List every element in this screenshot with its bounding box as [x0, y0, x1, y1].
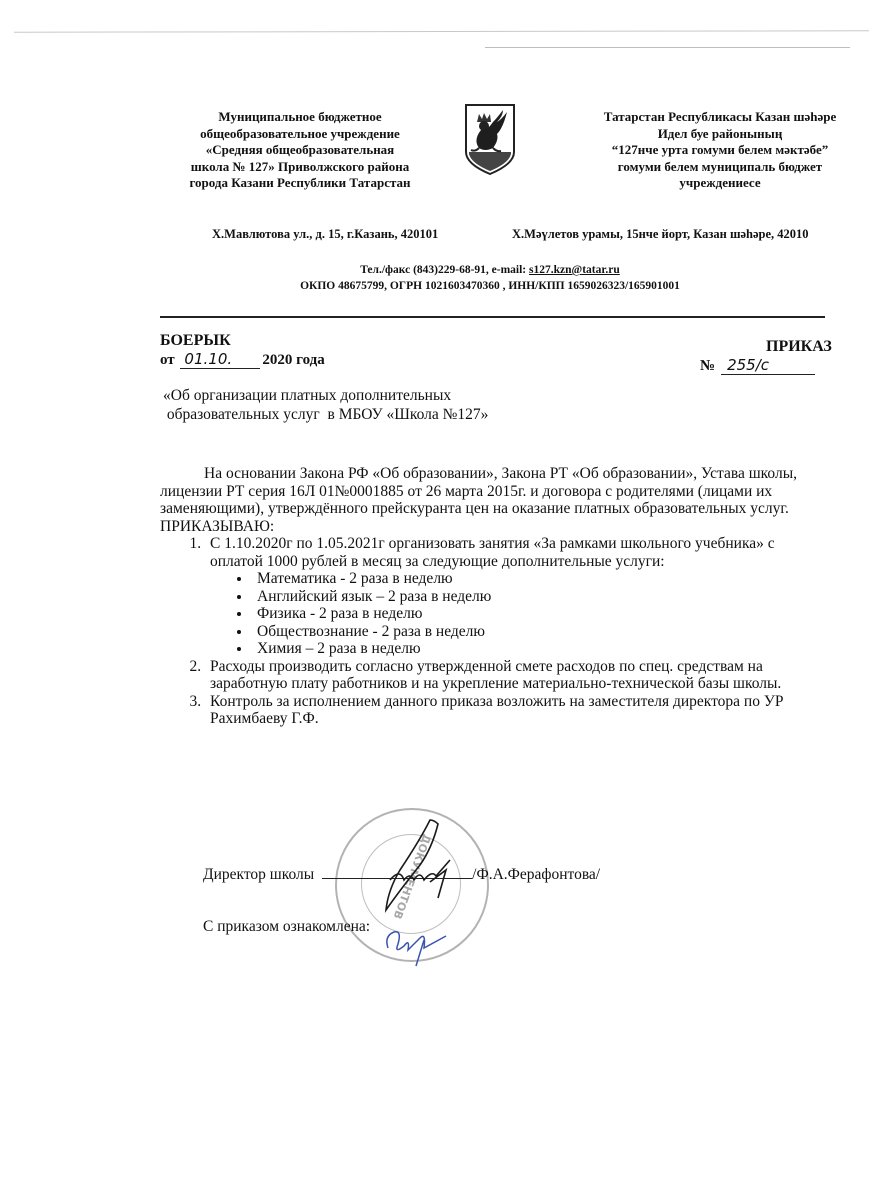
contacts-block: Тел./факс (843)229-68-91, e-mail: s127.k… [180, 262, 800, 294]
number-prefix: № [700, 358, 715, 374]
scan-artifact-line [485, 47, 850, 48]
date-prefix: от [160, 352, 175, 368]
acknowledgement-line: С приказом ознакомлена: [203, 918, 370, 936]
email-link[interactable]: s127.kzn@tatar.ru [529, 264, 620, 276]
service-item: Химия – 2 раза в неделю [252, 640, 830, 658]
header-left-line: города Казани Республики Татарстан [160, 175, 440, 192]
header-left-line: школа № 127» Приволжского района [160, 159, 440, 176]
acknowledgement-signature-icon [380, 910, 450, 975]
order-item: Расходы производить согласно утвержденно… [205, 658, 830, 693]
order-item: С 1.10.2020г по 1.05.2021г организовать … [205, 535, 830, 658]
header-left-line: Муниципальное бюджетное [160, 109, 440, 126]
header-left-institution: Муниципальное бюджетное общеобразователь… [160, 109, 440, 192]
handwritten-date: 01.10. [180, 350, 260, 369]
order-subject: «Об организации платных дополнительных о… [163, 386, 488, 424]
scan-artifact-line [14, 30, 869, 32]
registry-codes: ОКПО 48675799, ОГРН 1021603470360 , ИНН/… [180, 278, 800, 294]
header-right-line: Татарстан Республикасы Казан шәһәре [570, 109, 870, 126]
header-left-line: общеобразовательное учреждение [160, 126, 440, 143]
kazan-coat-of-arms-icon [463, 100, 517, 176]
service-item: Английский язык – 2 раза в неделю [252, 588, 830, 606]
services-list: Математика - 2 раза в неделю Английский … [210, 570, 830, 658]
order-date: от 01.10.2020 года [160, 350, 325, 369]
order-items: С 1.10.2020г по 1.05.2021г организовать … [160, 535, 830, 728]
header-right-institution: Татарстан Республикасы Казан шәһәре Идел… [570, 109, 870, 192]
order-number: №255/с [700, 356, 815, 375]
subject-line: образовательных услуг в МБОУ «Школа №127… [163, 405, 488, 424]
header-right-line: гомуми белем муниципаль бюджет [570, 159, 870, 176]
header-right-line: учреждениесе [570, 175, 870, 192]
date-suffix: 2020 года [262, 352, 324, 368]
preamble: На основании Закона РФ «Об образовании»,… [160, 465, 830, 518]
header-left-line: «Средняя общеобразовательная [160, 142, 440, 159]
address-tatar: Х.Мәүлетов урамы, 15нче йорт, Казан шәһә… [512, 227, 809, 242]
order-title-tatar: БОЕРЫК [160, 332, 231, 350]
service-item: Физика - 2 раза в неделю [252, 605, 830, 623]
director-signature-icon [360, 810, 480, 925]
header-right-line: Идел буе районының [570, 126, 870, 143]
handwritten-number: 255/с [721, 356, 815, 375]
header-divider [160, 316, 825, 318]
order-body: На основании Закона РФ «Об образовании»,… [160, 465, 830, 728]
order-item: Контроль за исполнением данного приказа … [205, 693, 830, 728]
phone-label: Тел./факс (843)229-68-91, e-mail: [360, 264, 529, 276]
director-name: /Ф.А.Ферафонтова/ [472, 866, 600, 883]
header-right-line: “127нче урта гомуми белем мәктәбе” [570, 142, 870, 159]
order-word: ПРИКАЗЫВАЮ: [160, 518, 830, 536]
subject-line: «Об организации платных дополнительных [163, 386, 488, 405]
address-russian: Х.Мавлютова ул., д. 15, г.Казань, 420101 [212, 227, 438, 242]
order-item-text: С 1.10.2020г по 1.05.2021г организовать … [210, 535, 775, 570]
order-title-russian: ПРИКАЗ [766, 338, 832, 356]
service-item: Обществознание - 2 раза в неделю [252, 623, 830, 641]
phone-email-line: Тел./факс (843)229-68-91, e-mail: s127.k… [180, 262, 800, 278]
service-item: Математика - 2 раза в неделю [252, 570, 830, 588]
director-label: Директор школы [203, 866, 314, 883]
